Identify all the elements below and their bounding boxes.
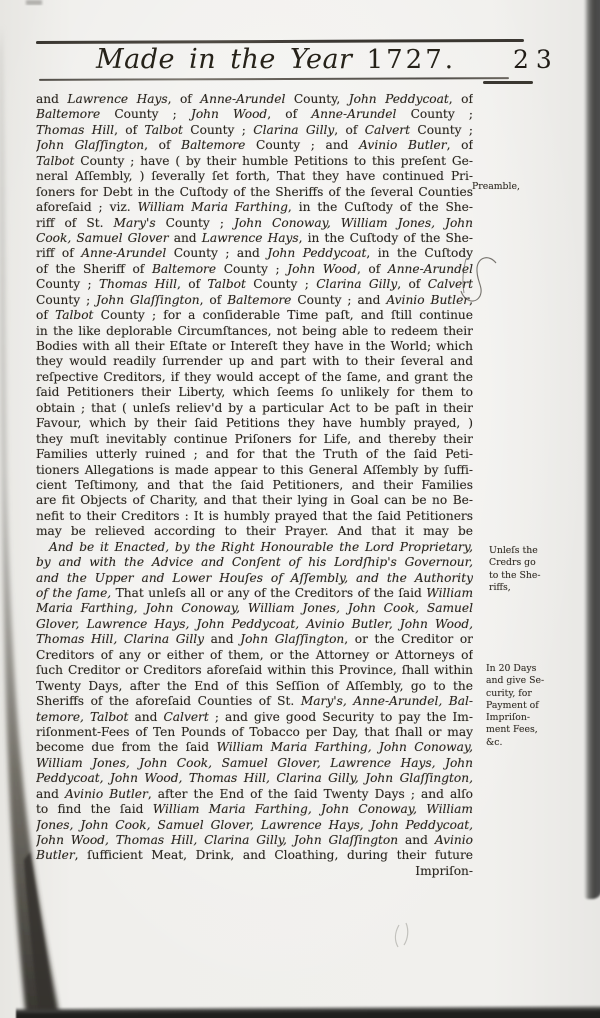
body-line: become due from the ſaid William Maria F… xyxy=(36,740,473,755)
body-line: reſpective Creditors, if they would acce… xyxy=(36,370,473,385)
body-line: ſoners for Debt in the Cuſtody of the Sh… xyxy=(36,185,473,200)
header-rule-bottom xyxy=(39,77,509,81)
margin-note-line: ment Fees, xyxy=(486,724,562,736)
body-text: and Lawrence Hays, of Anne-Arundel Count… xyxy=(36,92,473,879)
margin-note-line: Preamble, xyxy=(472,181,548,193)
scanned-page: Made in the Year 1727. 23 and Lawrence H… xyxy=(0,0,600,1018)
body-line: Bodies with all their Eſtate or Intereſt… xyxy=(36,339,473,354)
body-line: are fit Objects of Charity, and that the… xyxy=(36,493,473,508)
body-line: Butler, ſufficient Meat, Drink, and Cloa… xyxy=(36,848,473,863)
margin-note-line: Impriſon- xyxy=(486,712,562,724)
body-line: of the Sheriff of Baltemore County ; Joh… xyxy=(36,262,473,277)
body-line: County ; John Glaſſington, of Baltemore … xyxy=(36,293,473,308)
body-line: Glover, Lawrence Hays, John Peddycoat, A… xyxy=(36,617,473,632)
margin-note-twenty-days-security: In 20 Daysand give Se-curity, forPayment… xyxy=(486,663,562,749)
page-title-year: 1727. xyxy=(367,45,456,75)
body-line: and the Upper and Lower Houſes of Aſſemb… xyxy=(36,571,473,586)
body-line: and Lawrence Hays, of Anne-Arundel Count… xyxy=(36,92,473,107)
body-line: Maria Farthing, John Conoway, William Jo… xyxy=(36,601,473,616)
body-line: John Wood, Thomas Hill, Clarina Gilly, J… xyxy=(36,833,473,848)
body-line: temore, Talbot and Calvert ; and give go… xyxy=(36,710,473,725)
body-line: Peddycoat, John Wood, Thomas Hill, Clari… xyxy=(36,771,473,786)
catchword: Impriſon- xyxy=(36,864,473,879)
body-line: nefit to their Creditors : It is humbly … xyxy=(36,509,473,524)
body-line: ſaid Petitioners their Liberty, which ſe… xyxy=(36,385,473,400)
header-rule-pagenum xyxy=(483,81,533,84)
margin-note-line: Unleſs the xyxy=(489,545,565,557)
body-line: Talbot County ; have ( by their humble P… xyxy=(36,154,473,169)
body-line: neral Aſſembly, ) ſeverally ſet forth, T… xyxy=(36,169,473,184)
body-line: John Glaſſington, of Baltemore County ; … xyxy=(36,138,473,153)
body-line: they muſt inevitably continue Priſoners … xyxy=(36,432,473,447)
body-line: may be relieved according to their Praye… xyxy=(36,524,473,539)
body-line: tioners Allegations is made appear to th… xyxy=(36,463,473,478)
margin-note-line: In 20 Days xyxy=(486,663,562,675)
body-line: riff of St. Mary's County ; John Conoway… xyxy=(36,216,473,231)
scan-edge-bottom xyxy=(16,1005,600,1018)
body-line: ſuch Creditor or Creditors aforeſaid wit… xyxy=(36,663,473,678)
body-line: of the ſame, That unleſs all or any of t… xyxy=(36,586,473,601)
body-line: cient Teſtimony, and that the ſaid Petit… xyxy=(36,478,473,493)
body-line: And be it Enacted, by the Right Honourab… xyxy=(36,540,473,555)
body-line: County ; Thomas Hill, of Talbot County ;… xyxy=(36,277,473,292)
body-line: Creditors of any or either of them, or t… xyxy=(36,648,473,663)
header-rule-top xyxy=(36,39,524,44)
body-line: and Avinio Butler, after the End of the … xyxy=(36,787,473,802)
body-line: obtain ; that ( unleſs reliev'd by a par… xyxy=(36,401,473,416)
page-number: 23 xyxy=(513,45,559,74)
body-line: riſonment-Fees of Ten Pounds of Tobacco … xyxy=(36,725,473,740)
body-line: to find the ſaid William Maria Farthing,… xyxy=(36,802,473,817)
body-line: by and with the Advice and Conſent of hi… xyxy=(36,555,473,570)
margin-note-line: to the She- xyxy=(489,570,565,582)
margin-note-line: Credrs go xyxy=(489,557,565,569)
body-line: Twenty Days, after the End of this Seſſi… xyxy=(36,679,473,694)
body-line: they would readily ſurrender up and part… xyxy=(36,354,473,369)
margin-note-line: &c. xyxy=(486,737,562,749)
body-line: Thomas Hill, Clarina Gilly and John Glaſ… xyxy=(36,632,473,647)
body-line: Favour, which by their ſaid Petitions th… xyxy=(36,416,473,431)
body-line: William Jones, John Cook, Samuel Glover,… xyxy=(36,756,473,771)
margin-note-line: curity, for xyxy=(486,688,562,700)
faint-pencil-mark xyxy=(395,923,407,947)
body-line: aforeſaid ; viz. William Maria Farthing,… xyxy=(36,200,473,215)
body-line: in the like deplorable Circumſtances, no… xyxy=(36,324,473,339)
margin-note-line: riffs, xyxy=(489,582,565,594)
body-line: Thomas Hill, of Talbot County ; Clarina … xyxy=(36,123,473,138)
body-line: Baltemore County ; John Wood, of Anne-Ar… xyxy=(36,107,473,122)
body-line: Cook, Samuel Glover and Lawrence Hays, i… xyxy=(36,231,473,246)
margin-note-line: Payment of xyxy=(486,700,562,712)
margin-note-creditors-sheriffs: Unleſs theCredrs goto the She-riffs, xyxy=(489,545,565,594)
margin-note-line: and give Se- xyxy=(486,675,562,687)
body-line: Jones, John Cook, Samuel Glover, Lawrenc… xyxy=(36,818,473,833)
margin-note-preamble: Preamble, xyxy=(472,181,548,193)
page-title-text: Made in the Year xyxy=(96,44,352,75)
body-line: Families utterly ruined ; and for that t… xyxy=(36,447,473,462)
page-title: Made in the Year 1727. xyxy=(96,44,414,75)
body-line: Sheriffs of the aforeſaid Counties of St… xyxy=(36,694,473,709)
body-line: riff of Anne-Arundel County ; and John P… xyxy=(36,246,473,261)
body-line: of Talbot County ; for a conſiderable Ti… xyxy=(36,308,473,323)
scan-edge-right xyxy=(584,0,600,899)
